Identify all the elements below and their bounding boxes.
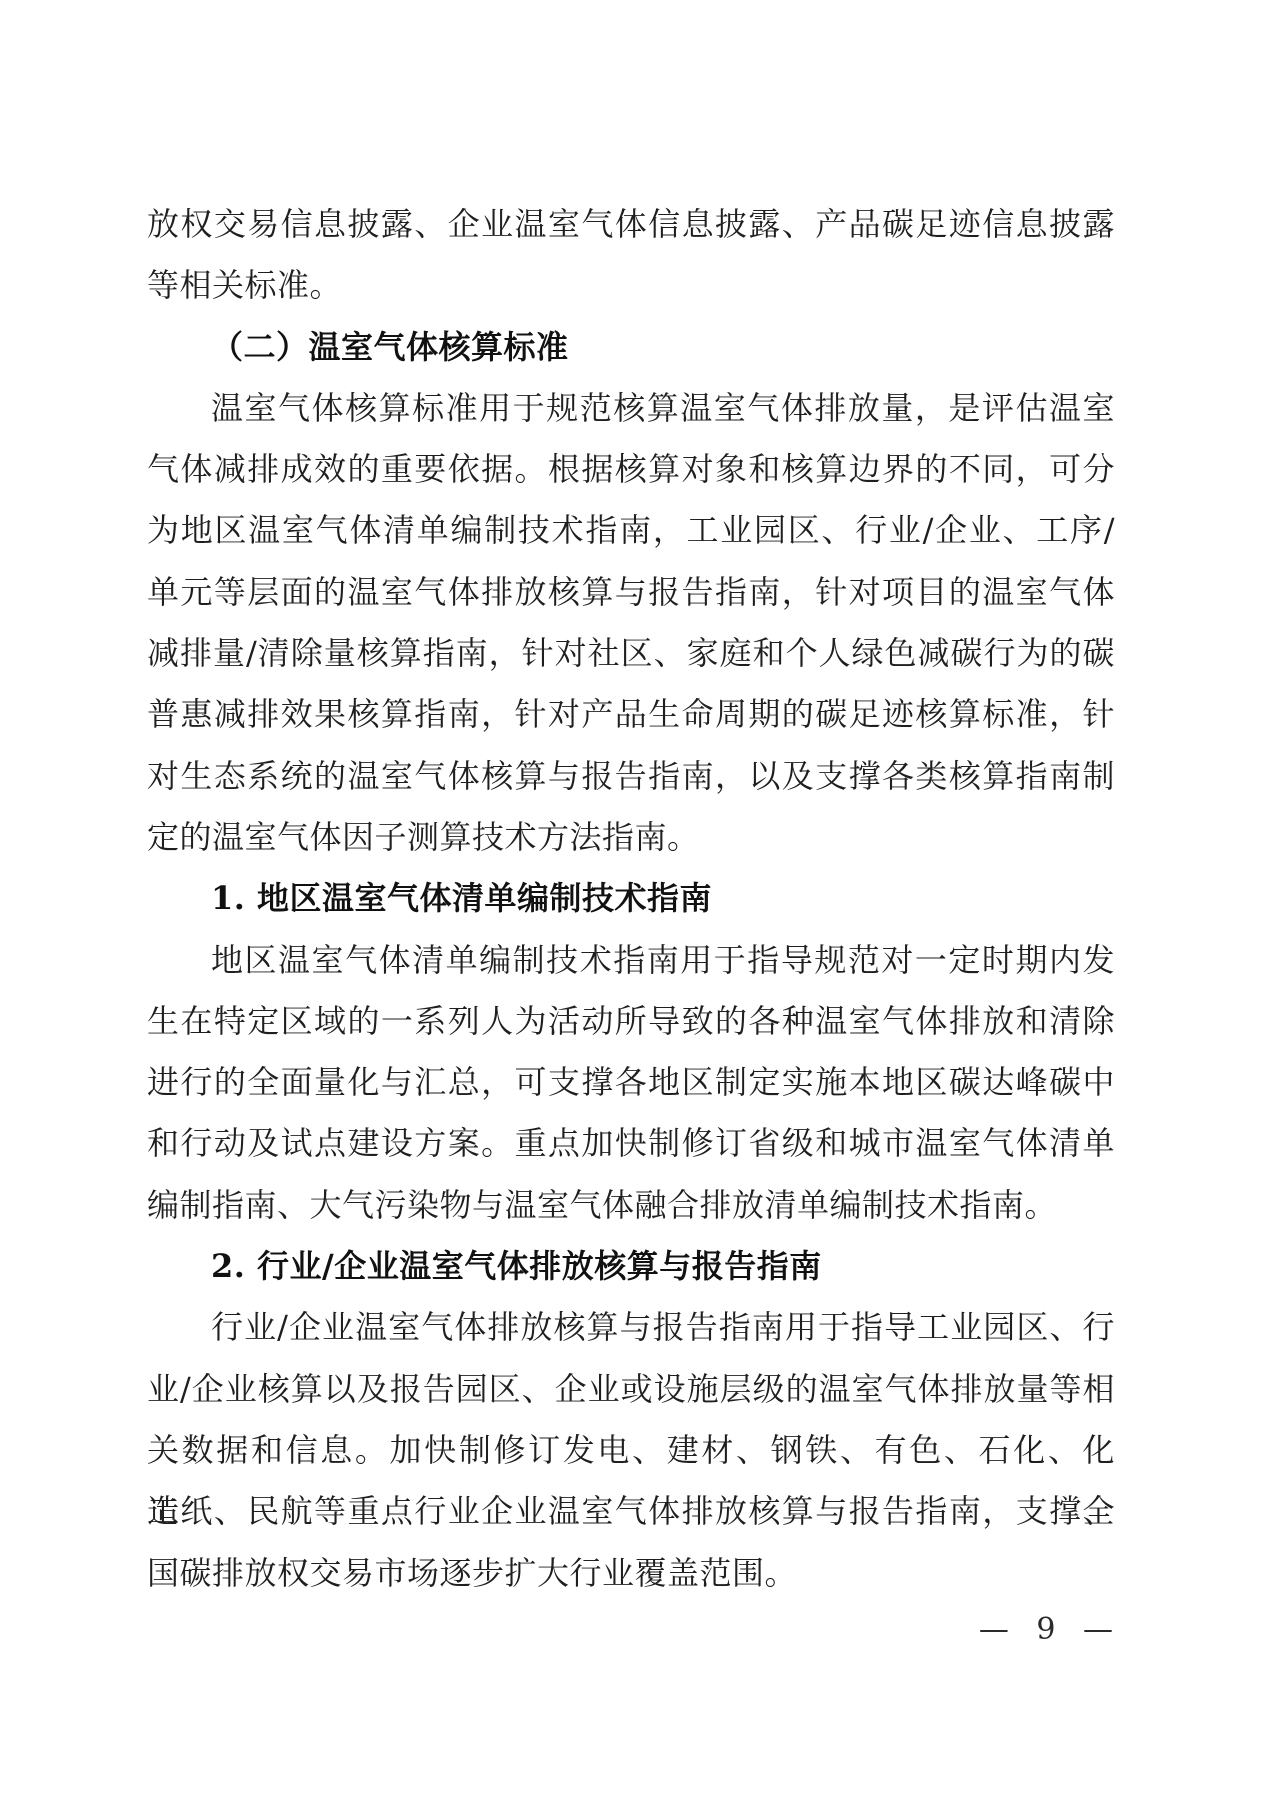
paragraph-line: 编制指南、大气污染物与温室气体融合排放清单编制技术指南。 <box>147 1175 1115 1236</box>
document-body: 放权交易信息披露、企业温室气体信息披露、产品碳足迹信息披露 等相关标准。 （二）… <box>147 194 1115 1604</box>
paragraph-line: 定的温室气体因子测算技术方法指南。 <box>147 807 1115 868</box>
paragraph-line: 单元等层面的温室气体排放核算与报告指南，针对项目的温室气体 <box>147 562 1115 623</box>
paragraph-line: 减排量/清除量核算指南，针对社区、家庭和个人绿色减碳行为的碳 <box>147 623 1115 684</box>
section-heading: （二）温室气体核算标准 <box>147 317 1115 378</box>
paragraph-line: 等相关标准。 <box>147 255 1115 316</box>
paragraph-line: 普惠减排效果核算指南，针对产品生命周期的碳足迹核算标准，针 <box>147 684 1115 745</box>
paragraph-line: 关数据和信息。加快制修订发电、建材、钢铁、有色、石化、化工、 <box>147 1420 1115 1481</box>
paragraph-line: 温室气体核算标准用于规范核算温室气体排放量，是评估温室 <box>147 378 1115 439</box>
paragraph-line: 为地区温室气体清单编制技术指南，工业园区、行业/企业、工序/ <box>147 500 1115 561</box>
paragraph-line: 生在特定区域的一系列人为活动所导致的各种温室气体排放和清除 <box>147 991 1115 1052</box>
paragraph-line: 气体减排成效的重要依据。根据核算对象和核算边界的不同，可分 <box>147 439 1115 500</box>
paragraph-line: 地区温室气体清单编制技术指南用于指导规范对一定时期内发 <box>147 930 1115 991</box>
paragraph-line: 国碳排放权交易市场逐步扩大行业覆盖范围。 <box>147 1543 1115 1604</box>
document-page: 放权交易信息披露、企业温室气体信息披露、产品碳足迹信息披露 等相关标准。 （二）… <box>0 0 1280 1810</box>
paragraph-line: 对生态系统的温室气体核算与报告指南，以及支撑各类核算指南制 <box>147 746 1115 807</box>
subsection-heading: 1. 地区温室气体清单编制技术指南 <box>147 868 1115 929</box>
paragraph-line: 和行动及试点建设方案。重点加快制修订省级和城市温室气体清单 <box>147 1113 1115 1174</box>
paragraph-line: 业/企业核算以及报告园区、企业或设施层级的温室气体排放量等相 <box>147 1359 1115 1420</box>
paragraph-line: 行业/企业温室气体排放核算与报告指南用于指导工业园区、行 <box>147 1297 1115 1358</box>
paragraph-line: 放权交易信息披露、企业温室气体信息披露、产品碳足迹信息披露 <box>147 194 1115 255</box>
page-number: — 9 — <box>979 1612 1115 1648</box>
paragraph-line: 进行的全面量化与汇总，可支撑各地区制定实施本地区碳达峰碳中 <box>147 1052 1115 1113</box>
paragraph-line: 造纸、民航等重点行业企业温室气体排放核算与报告指南，支撑全 <box>147 1481 1115 1542</box>
subsection-heading: 2. 行业/企业温室气体排放核算与报告指南 <box>147 1236 1115 1297</box>
